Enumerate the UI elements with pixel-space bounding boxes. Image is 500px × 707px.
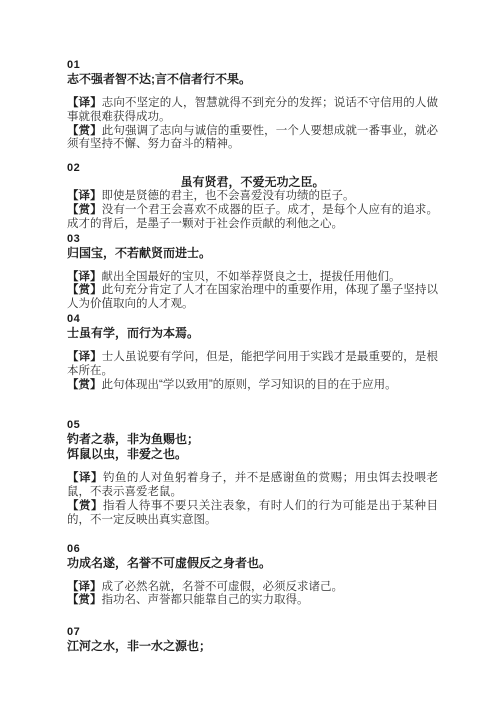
appreciation-label: 【赏】 (67, 284, 102, 296)
quote-text: 江河之水，非一水之源也； (67, 639, 438, 654)
appreciation-text: 没有一个君王会喜欢不成器的臣子。成才，是每个人应有的追求。成才的背后，是墨子一颗… (67, 204, 438, 230)
appreciation-label: 【赏】 (67, 204, 102, 216)
translation-paragraph: 【译】志向不坚定的人，智慧就得不到充分的发挥；说话不守信用的人做事就很难获得成功… (67, 97, 438, 125)
section-02: 02 虽有贤君，不爱无功之臣。 【译】即使是贤德的君主，也不会喜爱没有功绩的臣子… (67, 161, 438, 231)
translation-paragraph: 【译】献出全国最好的宝贝，不如举荐贤良之士，提拔任用他们。 (67, 271, 438, 285)
translation-paragraph: 【译】成了必然名就，名誉不可虚假，必须反求诸己。 (67, 581, 438, 595)
section-01: 01 志不强者智不达;言不信者行不果。 【译】志向不坚定的人，智慧就得不到充分的… (67, 58, 438, 152)
document-page: 01 志不强者智不达;言不信者行不果。 【译】志向不坚定的人，智慧就得不到充分的… (0, 0, 500, 707)
quote-text-line2: 饵鼠以虫，非爱之也。 (67, 447, 438, 462)
translation-text: 士人虽说要有学问，但是，能把学问用于实践才是最重要的，是根本所在。 (67, 351, 438, 377)
appreciation-paragraph: 【赏】此句充分肯定了人才在国家治理中的重要作用，体现了墨子坚持以人为价值取向的人… (67, 284, 438, 312)
quote-text-line1: 钓者之恭，非为鱼赐也； (67, 432, 438, 447)
appreciation-label: 【赏】 (67, 594, 102, 606)
quote-text: 志不强者智不达;言不信者行不果。 (67, 72, 438, 87)
quote-text: 虽有贤君，不爱无功之臣。 (67, 175, 438, 190)
translation-text: 钓鱼的人对鱼躬着身子，并不是感谢鱼的赏赐；用虫饵去投喂老鼠，不表示喜爱老鼠。 (67, 472, 438, 498)
translation-label: 【译】 (67, 581, 102, 593)
appreciation-paragraph: 【赏】指功名、声誉都只能靠自己的实力取得。 (67, 594, 438, 608)
quote-text: 功成名遂，名誉不可虚假反之身者也。 (67, 556, 438, 571)
section-04: 04 士虽有学，而行为本焉。 【译】士人虽说要有学问，但是，能把学问用于实践才是… (67, 312, 438, 392)
appreciation-paragraph: 【赏】没有一个君王会喜欢不成器的臣子。成才，是每个人应有的追求。成才的背后，是墨… (67, 204, 438, 232)
section-06: 06 功成名遂，名誉不可虚假反之身者也。 【译】成了必然名就，名誉不可虚假，必须… (67, 542, 438, 609)
section-number: 02 (67, 161, 438, 175)
section-number: 04 (67, 312, 438, 326)
section-number: 03 (67, 232, 438, 246)
translation-paragraph: 【译】钓鱼的人对鱼躬着身子，并不是感谢鱼的赏赐；用虫饵去投喂老鼠，不表示喜爱老鼠… (67, 472, 438, 500)
translation-label: 【译】 (67, 97, 102, 109)
section-number: 01 (67, 58, 438, 72)
appreciation-text: 指看人待事不要只关注表象，有时人们的行为可能是出于某种目的，不一定反映出真实意图… (67, 500, 438, 526)
section-05: 05 钓者之恭，非为鱼赐也； 饵鼠以虫，非爱之也。 【译】钓鱼的人对鱼躬着身子，… (67, 418, 438, 527)
translation-text: 成了必然名就，名誉不可虚假，必须反求诸己。 (102, 581, 344, 593)
section-number: 06 (67, 542, 438, 556)
appreciation-paragraph: 【赏】指看人待事不要只关注表象，有时人们的行为可能是出于某种目的，不一定反映出真… (67, 500, 438, 528)
appreciation-text: 此句充分肯定了人才在国家治理中的重要作用，体现了墨子坚持以人为价值取向的人才观。 (67, 284, 438, 310)
translation-label: 【译】 (67, 190, 102, 202)
appreciation-label: 【赏】 (67, 500, 103, 512)
translation-text: 志向不坚定的人，智慧就得不到充分的发挥；说话不守信用的人做事就很难获得成功。 (67, 97, 438, 123)
appreciation-paragraph: 【赏】此句体现出“学以致用”的原则，学习知识的目的在于应用。 (67, 379, 438, 393)
appreciation-text: 此句强调了志向与诚信的重要性，一个人要想成就一番事业，就必须有坚持不懈、努力奋斗… (67, 125, 438, 151)
appreciation-label: 【赏】 (67, 125, 102, 137)
appreciation-text: 指功名、声誉都只能靠自己的实力取得。 (102, 594, 309, 606)
translation-paragraph: 【译】士人虽说要有学问，但是，能把学问用于实践才是最重要的，是根本所在。 (67, 351, 438, 379)
translation-text: 献出全国最好的宝贝，不如举荐贤良之士，提拔任用他们。 (102, 271, 401, 283)
appreciation-paragraph: 【赏】此句强调了志向与诚信的重要性，一个人要想成就一番事业，就必须有坚持不懈、努… (67, 125, 438, 153)
section-07: 07 江河之水，非一水之源也； (67, 625, 438, 654)
section-03: 03 归国宝，不若献贤而进士。 【译】献出全国最好的宝贝，不如举荐贤良之士，提拔… (67, 232, 438, 312)
appreciation-label: 【赏】 (67, 379, 102, 391)
translation-paragraph: 【译】即使是贤德的君主，也不会喜爱没有功绩的臣子。 (67, 190, 438, 204)
translation-label: 【译】 (67, 351, 102, 363)
section-number: 07 (67, 625, 438, 639)
translation-text: 即使是贤德的君主，也不会喜爱没有功绩的臣子。 (102, 190, 355, 202)
quote-text: 归国宝，不若献贤而进士。 (67, 246, 438, 261)
appreciation-text: 此句体现出“学以致用”的原则，学习知识的目的在于应用。 (102, 379, 397, 391)
section-number: 05 (67, 418, 438, 432)
quote-text: 士虽有学，而行为本焉。 (67, 326, 438, 341)
translation-label: 【译】 (67, 271, 102, 283)
translation-label: 【译】 (67, 472, 103, 484)
